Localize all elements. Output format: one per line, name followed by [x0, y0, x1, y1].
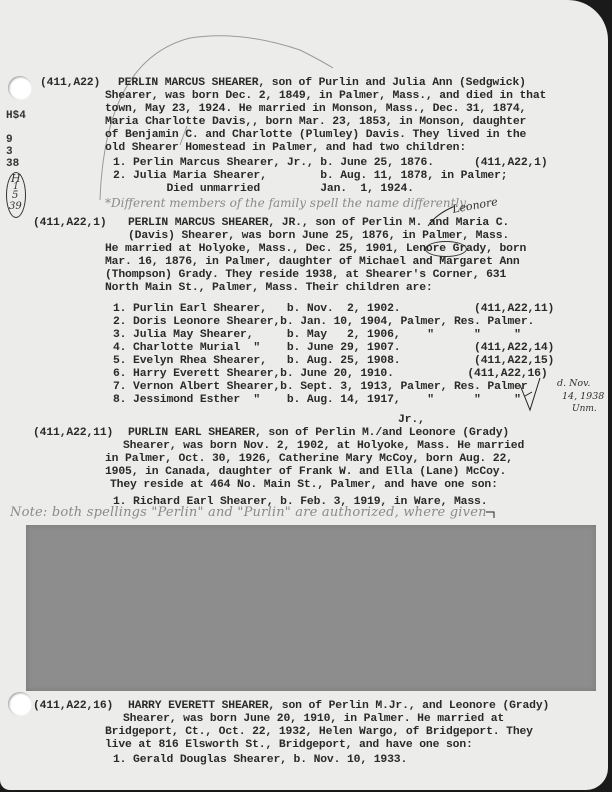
- entry-1-child: 2. Julia Maria Shearer, b. Aug. 11, 1878…: [113, 170, 507, 183]
- entry-3-superscript: Jr.,: [398, 414, 425, 427]
- handwritten-death-note: d. Nov.: [557, 378, 590, 389]
- margin-number-2: 3: [6, 146, 13, 158]
- entry-1-child: Died unmarried Jan. 1, 1924.: [113, 183, 414, 196]
- entry-3-line: in Palmer, Oct. 30, 1926, Catherine Mary…: [105, 453, 513, 466]
- entry-1-line: town, May 23, 1924. He married in Monson…: [105, 103, 526, 116]
- entry-1-child: 1. Perlin Marcus Shearer, Jr., b. June 2…: [113, 157, 548, 170]
- entry-2-child: 7. Vernon Albert Shearer,b. Sept. 3, 191…: [113, 381, 528, 394]
- entry-1-line: Shearer, was born Dec. 2, 1849, in Palme…: [105, 90, 546, 103]
- handwritten-family-note: *Different members of the family spell t…: [105, 196, 468, 210]
- entry-4-line: Bridgeport, Ct., Oct. 22, 1932, Helen Wa…: [105, 726, 533, 739]
- margin-number-3: 38: [6, 158, 19, 170]
- entry-3-id: (411,A22,11): [33, 427, 113, 440]
- entry-4-child: 1. Gerald Douglas Shearer, b. Nov. 10, 1…: [113, 754, 407, 767]
- entry-4-line: live at 816 Elsworth St., Bridgeport, an…: [105, 739, 473, 752]
- entry-2-id: (411,A22,1): [33, 217, 107, 230]
- circled-ref-5: 5: [12, 190, 18, 201]
- entry-2-child: 2. Doris Leonore Shearer,b. Jan. 10, 190…: [113, 316, 534, 329]
- entry-4-id: (411,A22,16): [33, 700, 113, 713]
- pasted-cover-block: [26, 525, 596, 691]
- handwritten-unmarried: Unm.: [572, 404, 597, 414]
- circled-ref-39: 39: [9, 201, 22, 212]
- entry-3-line: Shearer, was born Nov. 2, 1902, at Holyo…: [123, 440, 524, 453]
- entry-4-line: HARRY EVERETT SHEARER, son of Perlin M.J…: [128, 700, 549, 713]
- entry-2-line: Mar. 16, 1876, in Palmer, daughter of Mi…: [105, 256, 520, 269]
- entry-2-line: (Thompson) Grady. They reside 1938, at S…: [105, 269, 506, 282]
- entry-1-line: of Benjamin C. and Charlotte (Plumley) D…: [105, 129, 526, 142]
- entry-1-line: Maria Charlotte Davis,, born Mar. 23, 18…: [105, 116, 526, 129]
- entry-4-line: Shearer, was born June 20, 1910, in Palm…: [123, 713, 504, 726]
- entry-2-child: 5. Evelyn Rhea Shearer, b. Aug. 25, 1908…: [113, 355, 554, 368]
- entry-2-child: 4. Charlotte Murial " b. June 29, 1907. …: [113, 342, 554, 355]
- entry-2-line: North Main St., Palmer, Mass. Their chil…: [105, 282, 433, 295]
- entry-1-id: (411,A22): [40, 77, 100, 90]
- entry-3-line: PURLIN EARL SHEARER, son of Perlin M./an…: [128, 427, 509, 440]
- punch-hole-top: [8, 76, 32, 100]
- entry-2-child: 3. Julia May Shearer, b. May 2, 1906, " …: [113, 329, 521, 342]
- entry-3-line: 1905, in Canada, daughter of Frank W. an…: [105, 466, 506, 479]
- handwritten-spelling-note: Note: both spellings "Perlin" and "Purli…: [10, 505, 487, 520]
- entry-2-child: 1. Purlin Earl Shearer, b. Nov. 2, 1902.…: [113, 303, 554, 316]
- handwritten-death-date: 14, 1938: [562, 391, 604, 402]
- entry-1-line: PERLIN MARCUS SHEARER, son of Purlin and…: [118, 77, 526, 90]
- entry-3-line: They reside at 464 No. Main St., Palmer,…: [110, 479, 498, 492]
- margin-number-1: 9: [6, 134, 13, 146]
- entry-2-child: 6. Harry Everett Shearer,b. June 20, 191…: [113, 368, 548, 381]
- margin-code: H$4: [6, 110, 26, 122]
- entry-2-child: 8. Jessimond Esther " b. Aug. 14, 1917, …: [113, 394, 521, 407]
- punch-hole-bottom: [8, 692, 32, 716]
- document-page: H$4 9 3 38 H 1 5 39 (411,A22) PERLIN MAR…: [0, 0, 608, 790]
- entry-1-line: old Shearer Homestead in Palmer, and had…: [105, 142, 466, 155]
- entry-2-line: PERLIN MARCUS SHEARER, JR., son of Perli…: [128, 217, 509, 230]
- circled-lenore: [425, 241, 467, 257]
